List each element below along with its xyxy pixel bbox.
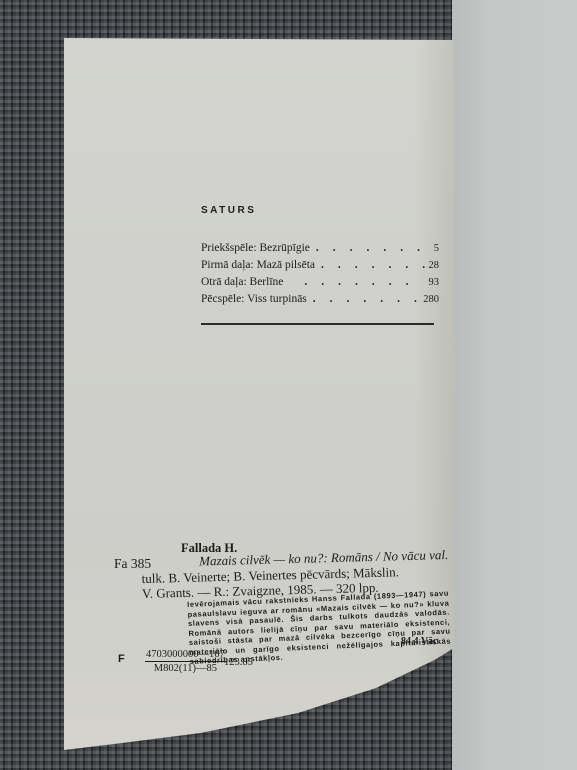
toc-leader-dots: ....... <box>310 240 434 257</box>
fraction-denominator: M802(11)—85 <box>145 662 226 675</box>
catalog-fraction: 4703000000—167 M802(11)—85 <box>145 648 226 675</box>
catalog-fraction-prefix: F <box>118 653 125 665</box>
right-page <box>452 0 577 770</box>
table-of-contents: Priekšspēle: Bezrūpīgie ....... 5 Pirmā … <box>201 240 439 308</box>
catalog-udk-code: 84.4 Vāc <box>401 636 437 647</box>
fraction-numerator: 4703000000—167 <box>145 648 226 662</box>
toc-leader-dots: ....... <box>315 257 428 274</box>
toc-entry-page: 5 <box>434 240 439 257</box>
toc-entry-title: Priekšspēle: Bezrūpīgie <box>201 240 310 257</box>
toc-entry: Priekšspēle: Bezrūpīgie ....... 5 <box>201 240 439 257</box>
toc-entry: Pēcspēle: Viss turpinās ....... 280 <box>201 291 439 308</box>
toc-divider <box>201 323 434 325</box>
toc-entry-page: 28 <box>429 257 440 274</box>
catalog-annotation: Ievērojamais vācu rakstnieks Hanss Falla… <box>187 589 452 667</box>
toc-leader-dots: ....... <box>307 291 423 308</box>
toc-entry-title: Pēcspēle: Viss turpinās <box>201 291 307 308</box>
toc-entry: Otrā daļa: Berlīne ....... 93 <box>201 274 439 291</box>
toc-entry-page: 93 <box>429 274 440 291</box>
toc-entry: Pirmā daļa: Mazā pilsēta ....... 28 <box>201 257 439 274</box>
toc-leader-dots: ....... <box>283 274 428 291</box>
toc-entry-title: Pirmā daļa: Mazā pilsēta <box>201 257 315 274</box>
toc-entry-title: Otrā daļa: Berlīne <box>201 274 283 291</box>
catalog-price-code: 123.85 <box>224 657 253 668</box>
toc-title: SATURS <box>201 205 256 216</box>
toc-entry-page: 280 <box>423 291 439 308</box>
